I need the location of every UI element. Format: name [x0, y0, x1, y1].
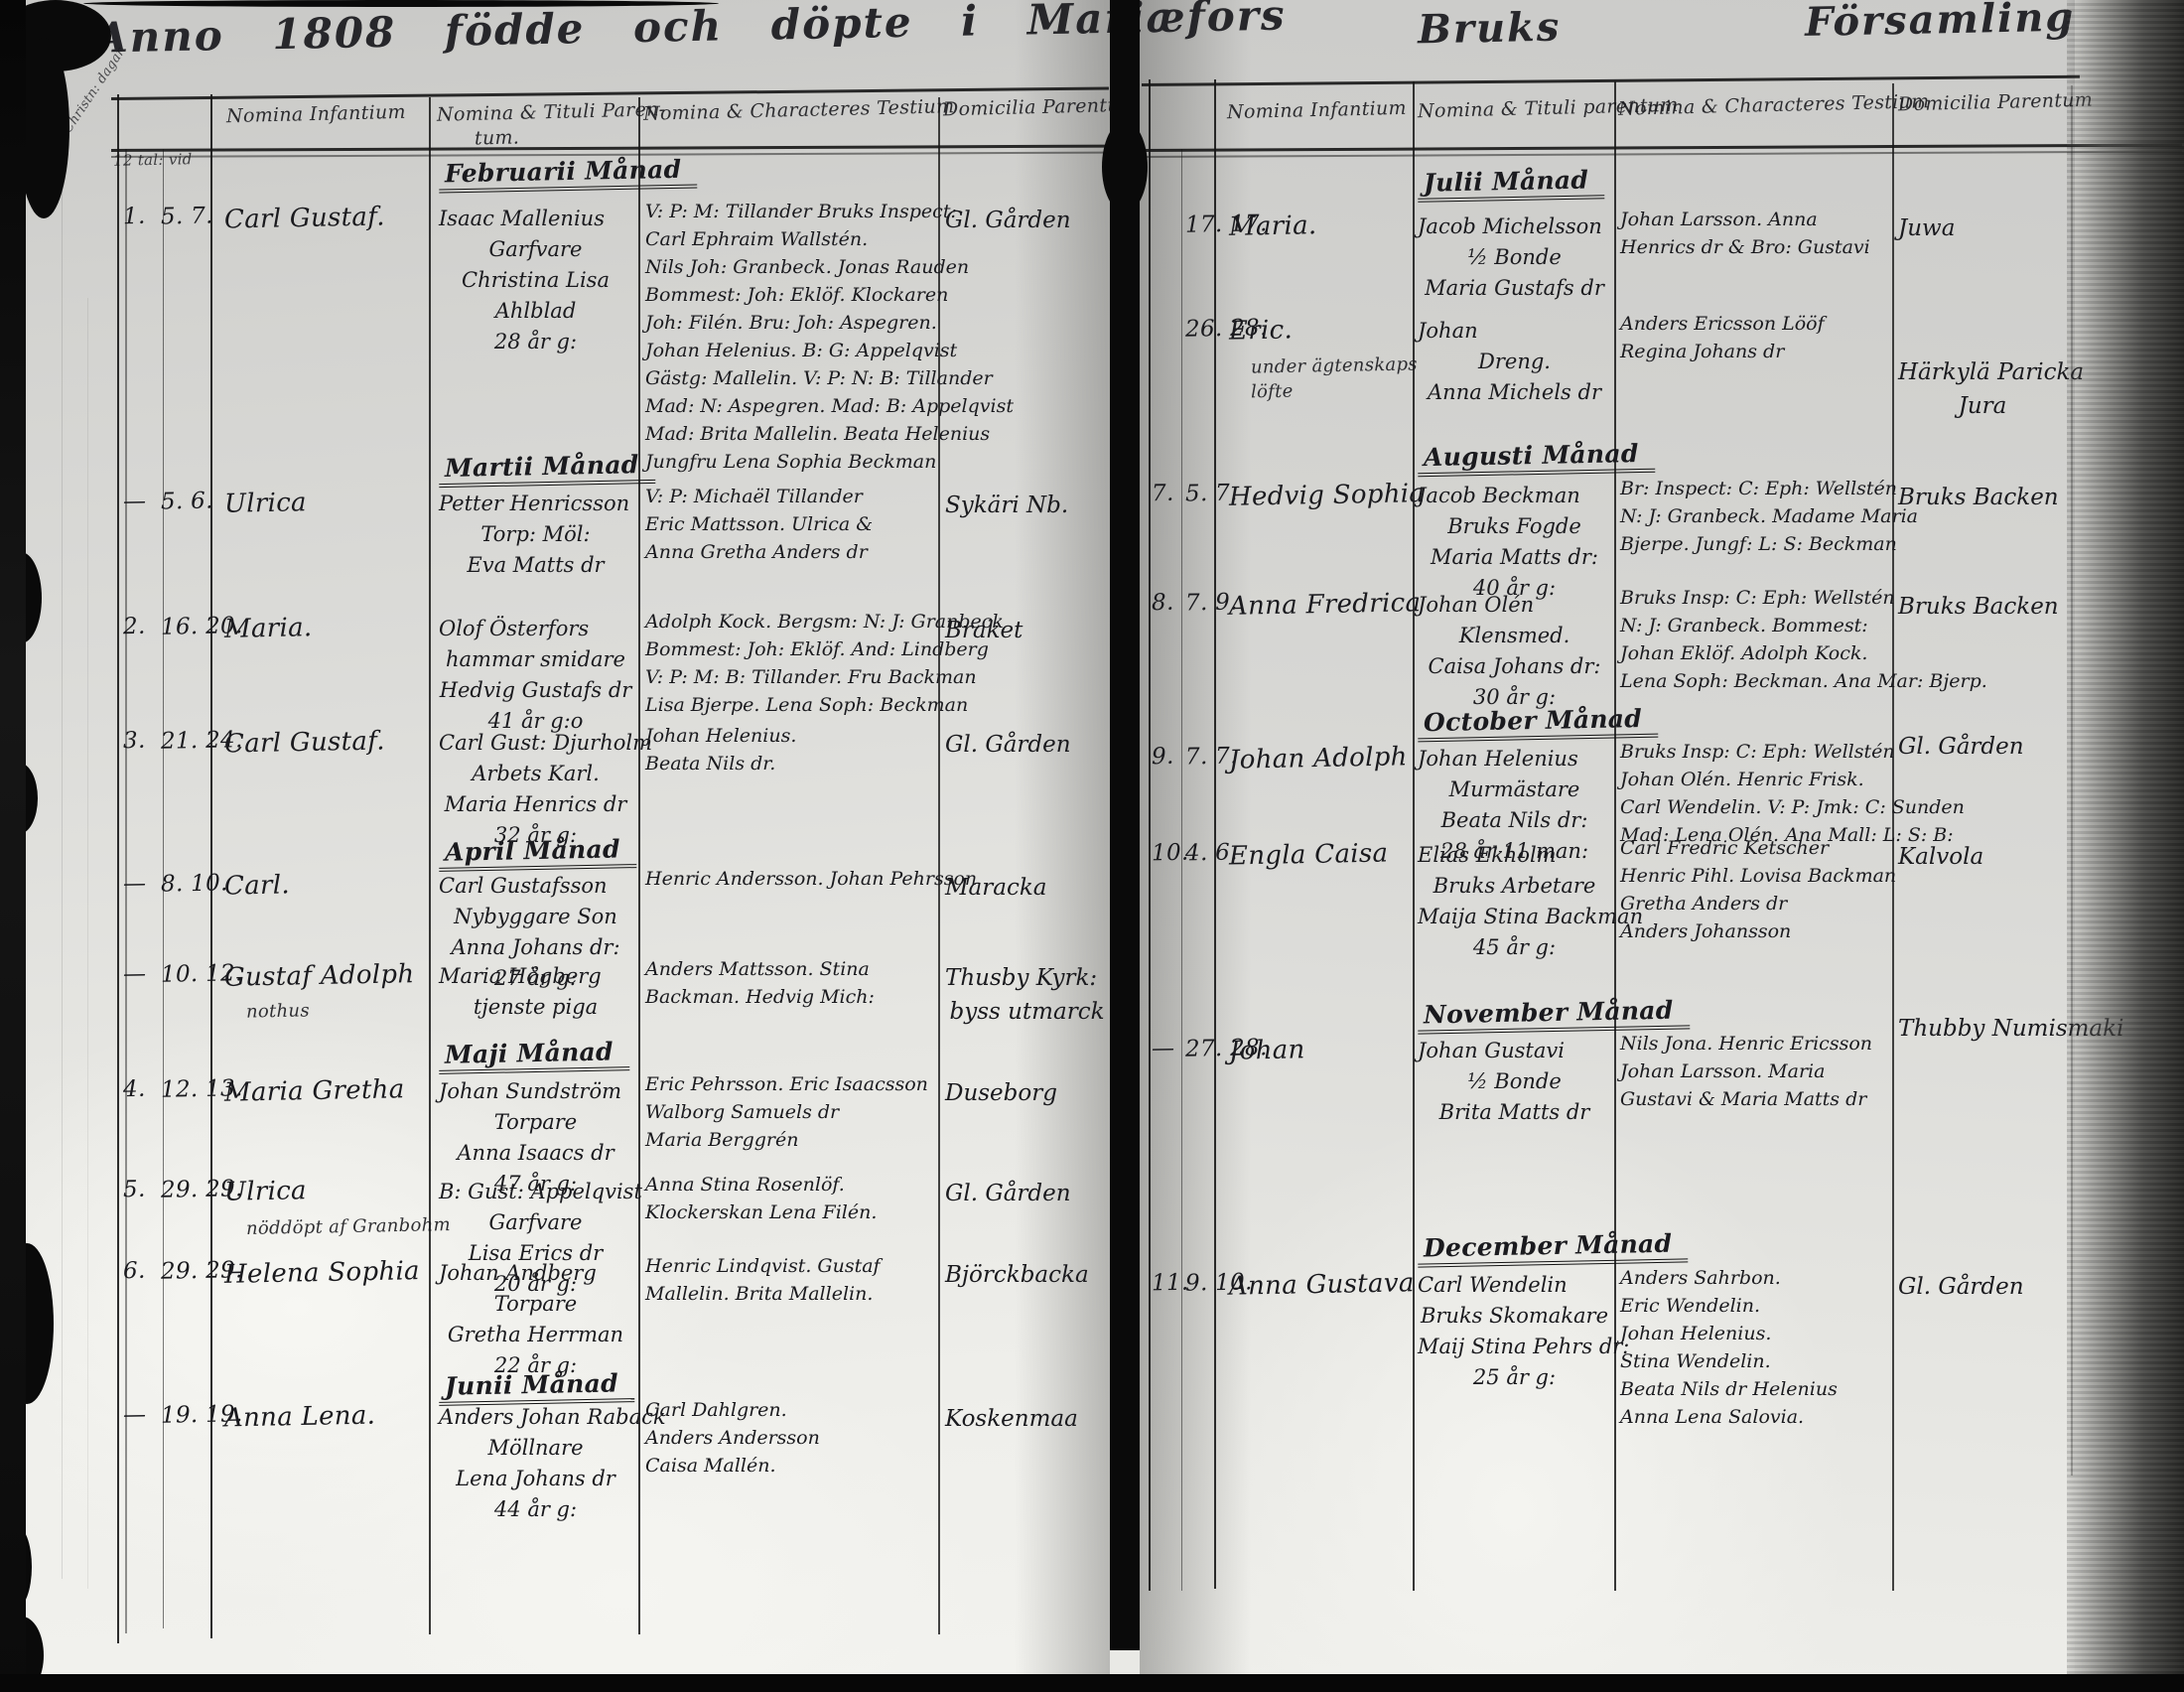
- witnesses-text-line: Backman. Hedvig Mich:: [645, 983, 938, 1011]
- parents-text-line: B: Gust: Appelqvist: [439, 1177, 632, 1207]
- child-name: Helena Sophia: [224, 1256, 420, 1290]
- witnesses-text: Bruks Insp: C: Eph: WellsténJohan Olén. …: [1620, 738, 1898, 849]
- entry-number: —: [123, 1402, 147, 1428]
- domicile-text-line: Juwa: [1898, 211, 2067, 245]
- witnesses-text-line: Anders Sahrbon.: [1620, 1264, 1898, 1292]
- parents-text: Olof Österforshammar smidareHedvig Gusta…: [439, 614, 632, 737]
- table-line: [1614, 81, 1616, 1591]
- parents-text-line: Möllnare: [439, 1433, 632, 1464]
- witnesses-text-line: Johan Eklöf. Adolph Kock.: [1620, 639, 1898, 667]
- table-line: [638, 97, 640, 1634]
- parents-text: Maria Högbergtjenste piga: [439, 961, 632, 1023]
- domicile-text: Gl. Gården: [945, 1177, 1109, 1210]
- column-header-parents-left-2: tum.: [475, 126, 520, 149]
- witnesses-text-line: Bruks Insp: C: Eph: Wellstén: [1620, 584, 1898, 612]
- witnesses-text-line: Br: Inspect: C: Eph: Wellstén: [1620, 475, 1898, 502]
- witnesses-text-line: Anders Johansson: [1620, 917, 1898, 945]
- domicile-text-line: Gl. Gården: [945, 1177, 1109, 1210]
- parents-text-line: Bruks Arbetare: [1418, 871, 1611, 902]
- witnesses-text: Henric Lindqvist. GustafMallelin. Brita …: [645, 1252, 938, 1308]
- table-line: [429, 97, 431, 1634]
- parents-text-line: Hedvig Gustafs dr: [439, 675, 632, 706]
- parents-text-line: hammar smidare: [439, 644, 632, 675]
- domicile-text: Maracka: [945, 871, 1109, 905]
- child-name: Anna Fredrica: [1229, 588, 1422, 622]
- month-header: October Månad: [1418, 704, 1659, 743]
- parents-text-line: Torpare: [439, 1107, 632, 1138]
- parents-text: Petter HenricssonTorp: Möl:Eva Matts dr: [439, 489, 632, 581]
- domicile-text: Bruks Backen: [1898, 590, 2067, 624]
- domicile-text: Koskenmaa: [945, 1402, 1109, 1436]
- parents-text-line: Maria Högberg: [439, 961, 632, 992]
- witnesses-text-line: Maria Berggrén: [645, 1126, 938, 1154]
- witnesses-text-line: Eric Mattsson. Ulrica &: [645, 510, 938, 538]
- witnesses-text-line: Mad: Brita Mallelin. Beata Helenius: [645, 420, 938, 448]
- book-binding-edge: [0, 0, 26, 1692]
- witnesses-text: Eric Pehrsson. Eric IsaacssonWalborg Sam…: [645, 1070, 938, 1154]
- child-name: Johan Adolph: [1229, 742, 1408, 775]
- witnesses-text-line: Anna Stina Rosenlöf.: [645, 1171, 938, 1198]
- parents-text-line: Beata Nils dr:: [1418, 805, 1611, 836]
- month-header: Julii Månad: [1418, 165, 1605, 203]
- parents-text: Johan Gustavi½ BondeBrita Matts dr: [1418, 1036, 1611, 1128]
- parents-text-line: Johan: [1418, 316, 1611, 347]
- domicile-text: Juwa: [1898, 211, 2067, 245]
- domicile-text-line: Gl. Gården: [945, 204, 1109, 237]
- child-name: Ulrica: [224, 1176, 307, 1207]
- table-line: [938, 97, 940, 1634]
- domicile-text: Thusby Kyrk:byss utmarck: [945, 961, 1109, 1029]
- child-name: Eric.: [1229, 315, 1294, 346]
- domicile-text-line: byss utmarck: [945, 995, 1109, 1029]
- witnesses-text-line: Carl Wendelin. V: P: Jmk: C: Sunden: [1620, 793, 1898, 821]
- parents-text-line: 28 år g:: [439, 327, 632, 357]
- witnesses-text-line: Henric Andersson. Johan Pehrsson: [645, 865, 938, 893]
- domicile-text-line: Duseborg: [945, 1076, 1109, 1110]
- parents-text-line: Eva Matts dr: [439, 550, 632, 581]
- parents-text-line: Bruks Fogde: [1418, 511, 1611, 542]
- domicile-text-line: Kalvola: [1898, 840, 2067, 874]
- witnesses-text-line: Johan Olén. Henric Frisk.: [1620, 766, 1898, 793]
- witnesses-text-line: Bommest: Joh: Eklöf. And: Lindberg: [645, 635, 938, 663]
- child-name: Gustaf Adolph: [224, 959, 415, 993]
- witnesses-text-line: Lena Soph: Beckman. Ana Mar: Bjerp.: [1620, 667, 1898, 695]
- witnesses-text-line: Henrics dr & Bro: Gustavi: [1620, 233, 1898, 261]
- witnesses-text-line: Lisa Bjerpe. Lena Soph: Beckman: [645, 691, 938, 719]
- parents-text-line: Bruks Skomakare: [1418, 1301, 1611, 1332]
- parents-text: Jacob Michelsson½ BondeMaria Gustafs dr: [1418, 211, 1611, 304]
- column-header-infants-left: Nomina Infantium: [226, 101, 406, 127]
- parents-text-line: Johan Andberg: [439, 1258, 632, 1289]
- child-name: Anna Gustava: [1229, 1268, 1415, 1302]
- witnesses-text-line: Regina Johans dr: [1620, 338, 1898, 365]
- parents-text-line: Maij Stina Pehrs dr:: [1418, 1332, 1611, 1362]
- parents-text-line: Carl Gust: Djurholm: [439, 728, 632, 759]
- witnesses-text-line: N: J: Granbeck. Bommest:: [1620, 612, 1898, 639]
- parents-text-line: Gretha Herrman: [439, 1320, 632, 1350]
- parents-text-line: Anna Johans dr:: [439, 932, 632, 963]
- child-name-note: nöddöpt af Granbohm: [246, 1214, 451, 1239]
- child-name: Anna Lena.: [224, 1401, 376, 1434]
- witnesses-text-line: Beata Nils dr Helenius: [1620, 1375, 1898, 1403]
- table-line: [87, 298, 88, 1589]
- witnesses-text-line: Stina Wendelin.: [1620, 1347, 1898, 1375]
- witnesses-text-line: Joh: Filén. Bru: Joh: Aspegren.: [645, 309, 938, 337]
- scanned-register-spread: Anno 1808 födde och döpte i Mariæfors Br…: [0, 0, 2184, 1692]
- domicile-text: Gl. Gården: [1898, 1270, 2067, 1304]
- child-name: Hedvig Sophia: [1229, 479, 1426, 512]
- ink-blot: [83, 0, 719, 7]
- parents-text-line: Johan Gustavi: [1418, 1036, 1611, 1066]
- parents-text-line: 45 år g:: [1418, 932, 1611, 963]
- parents-text-line: Torpare: [439, 1289, 632, 1320]
- parents-text-line: Caisa Johans dr:: [1418, 651, 1611, 682]
- witnesses-text: Anna Stina Rosenlöf.Klockerskan Lena Fil…: [645, 1171, 938, 1226]
- scan-bottom-border: [0, 1674, 2184, 1692]
- birth-baptism-dates: 5. 6.: [161, 488, 213, 514]
- witnesses-text-line: V: P: Michaël Tillander: [645, 483, 938, 510]
- parents-text: Johan AndbergTorpareGretha Herrman22 år …: [439, 1258, 632, 1381]
- child-name: Maria Gretha: [224, 1074, 405, 1107]
- domicile-text-line: Koskenmaa: [945, 1402, 1109, 1436]
- witnesses-text-line: Carl Fredric Ketscher: [1620, 834, 1898, 862]
- witnesses-text: Bruks Insp: C: Eph: WellsténN: J: Granbe…: [1620, 584, 1898, 695]
- parents-text: Elias EkholmBruks ArbetareMaija Stina Ba…: [1418, 840, 1611, 963]
- page-gutter: [1110, 0, 1140, 1650]
- month-header: Augusti Månad: [1418, 439, 1655, 478]
- entry-number: 8.: [1152, 590, 1174, 616]
- witnesses-text: Johan Larsson. AnnaHenrics dr & Bro: Gus…: [1620, 206, 1898, 261]
- parents-text-line: Dreng.: [1418, 347, 1611, 377]
- witnesses-text-line: Anna Lena Salovia.: [1620, 1403, 1898, 1431]
- witnesses-text: Carl Dahlgren.Anders AnderssonCaisa Mall…: [645, 1396, 938, 1480]
- domicile-text-line: Jura: [1898, 389, 2067, 423]
- domicile-text-line: Björckbacka: [945, 1258, 1109, 1292]
- witnesses-text-line: Walborg Samuels dr: [645, 1098, 938, 1126]
- domicile-text-line: Härkylä Paricka: [1898, 355, 2067, 389]
- witnesses-text-line: Johan Larsson. Anna: [1620, 206, 1898, 233]
- birth-baptism-dates: 8. 10.: [161, 870, 228, 897]
- witnesses-text-line: Adolph Kock. Bergsm: N: J: Granbeck: [645, 608, 938, 635]
- witnesses-text-line: Henric Pihl. Lovisa Backman: [1620, 862, 1898, 890]
- parents-text: Carl WendelinBruks SkomakareMaij Stina P…: [1418, 1270, 1611, 1393]
- gutter-shadow-right: [1140, 0, 1251, 1676]
- parents-text: JohanDreng.Anna Michels dr: [1418, 316, 1611, 408]
- domicile-text: Duseborg: [945, 1076, 1109, 1110]
- witnesses-text-line: Bjerpe. Jungf: L: S: Beckman: [1620, 530, 1898, 558]
- parents-text-line: Ahlblad: [439, 296, 632, 327]
- table-line: [1181, 149, 1182, 1591]
- entry-number: 2.: [123, 614, 146, 639]
- month-header: Martii Månad: [439, 450, 655, 488]
- parents-text-line: Arbets Karl.: [439, 759, 632, 789]
- witnesses-text-line: Anders Mattsson. Stina: [645, 955, 938, 983]
- witnesses-text-line: Jungfru Lena Sophia Beckman: [645, 448, 938, 476]
- parents-text-line: Brita Matts dr: [1418, 1097, 1611, 1128]
- witnesses-text: Henric Andersson. Johan Pehrsson: [645, 865, 938, 893]
- witnesses-text-line: Johan Helenius. B: G: Appelqvist: [645, 337, 938, 364]
- parents-text-line: Anna Isaacs dr: [439, 1138, 632, 1169]
- parents-text-line: Petter Henricsson: [439, 489, 632, 519]
- witnesses-text-line: Johan Helenius.: [1620, 1320, 1898, 1347]
- domicile-text: Gl. Gården: [945, 728, 1109, 762]
- parents-text-line: Carl Wendelin: [1418, 1270, 1611, 1301]
- witnesses-text-line: Beata Nils dr.: [645, 750, 938, 777]
- entry-number: 1.: [123, 204, 146, 229]
- entry-number: 6.: [123, 1258, 146, 1284]
- table-line: [62, 109, 63, 1579]
- entry-number: 10.: [1152, 840, 1189, 867]
- child-name: Johan: [1229, 1035, 1305, 1065]
- domicile-text-line: Bruks Backen: [1898, 481, 2067, 514]
- entry-number: 7.: [1152, 481, 1174, 506]
- parents-text-line: Johan Olén: [1418, 590, 1611, 621]
- parents-text-line: 25 år g:: [1418, 1362, 1611, 1393]
- parents-text: Jacob BeckmanBruks FogdeMaria Matts dr:4…: [1418, 481, 1611, 604]
- entry-number: —: [123, 871, 147, 897]
- parents-text-line: Garfvare: [439, 234, 632, 265]
- witnesses-text-line: Gustavi & Maria Matts dr: [1620, 1085, 1898, 1113]
- month-header: November Månad: [1418, 995, 1690, 1034]
- entry-number: —: [1152, 1036, 1175, 1061]
- parents-text-line: Olof Österfors: [439, 614, 632, 644]
- witnesses-text-line: Johan Helenius.: [645, 722, 938, 750]
- child-name-note: under ägtenskaps: [1251, 353, 1418, 377]
- month-header: Junii Månad: [439, 1368, 635, 1406]
- month-header: April Månad: [439, 834, 636, 872]
- birth-baptism-dates: 5. 7.: [161, 203, 213, 229]
- page-edge-texture: [2067, 0, 2184, 1692]
- witnesses-text-line: Anna Gretha Anders dr: [645, 538, 938, 566]
- month-header: Maji Månad: [439, 1037, 629, 1074]
- witnesses-text-line: Johan Larsson. Maria: [1620, 1057, 1898, 1085]
- parents-text-line: Christina Lisa: [439, 265, 632, 296]
- parents-text-line: Maria Gustafs dr: [1418, 273, 1611, 304]
- witnesses-text-line: N: J: Granbeck. Madame Maria: [1620, 502, 1898, 530]
- witnesses-text: V: P: M: Tillander Bruks Inspect:Carl Ep…: [645, 198, 938, 476]
- domicile-text: Sykäri Nb.: [945, 489, 1109, 522]
- domicile-text-line: Maracka: [945, 871, 1109, 905]
- parents-text-line: Jacob Beckman: [1418, 481, 1611, 511]
- parents-text-line: Maija Stina Backman: [1418, 902, 1611, 932]
- domicile-text: Härkylä ParickaJura: [1898, 355, 2067, 423]
- parents-text-line: Torp: Möl:: [439, 519, 632, 550]
- entry-number: 9.: [1152, 744, 1174, 770]
- parents-text-line: ½ Bonde: [1418, 1066, 1611, 1097]
- column-header-infants-right: Nomina Infantium: [1227, 97, 1407, 123]
- domicile-text-line: Bruks Backen: [1898, 590, 2067, 624]
- witnesses-text: Anders Sahrbon.Eric Wendelin.Johan Helen…: [1620, 1264, 1898, 1431]
- child-name-note: löfte: [1251, 381, 1294, 403]
- domicile-text: Björckbacka: [945, 1258, 1109, 1292]
- witnesses-text-line: Caisa Mallén.: [645, 1452, 938, 1480]
- domicile-text: Gl. Gården: [1898, 730, 2067, 764]
- witnesses-text-line: Henric Lindqvist. Gustaf: [645, 1252, 938, 1280]
- child-name: Maria.: [224, 613, 313, 644]
- parents-text-line: Carl Gustafsson: [439, 871, 632, 902]
- domicile-text-line: Gl. Gården: [1898, 730, 2067, 764]
- witnesses-text-line: Eric Pehrsson. Eric Isaacsson: [645, 1070, 938, 1098]
- witnesses-text-line: Bommest: Joh: Eklöf. Klockaren: [645, 281, 938, 309]
- entry-number: 4.: [123, 1076, 146, 1102]
- child-name-note: nothus: [246, 1000, 310, 1022]
- witnesses-text-line: Nils Jona. Henric Ericsson: [1620, 1030, 1898, 1057]
- child-name: Ulrica: [224, 488, 307, 519]
- witnesses-text-line: Mallelin. Brita Mallelin.: [645, 1280, 938, 1308]
- parents-text-line: Nybyggare Son: [439, 902, 632, 932]
- parents-text-line: Garfvare: [439, 1207, 632, 1238]
- witnesses-text-line: V: P: M: B: Tillander. Fru Backman: [645, 663, 938, 691]
- witnesses-text-line: Mad: N: Aspegren. Mad: B: Appelqvist: [645, 392, 938, 420]
- witnesses-text: Anders Ericsson LööfRegina Johans dr: [1620, 310, 1898, 365]
- domicile-text-line: Sykäri Nb.: [945, 489, 1109, 522]
- domicile-text: Bruks Backen: [1898, 481, 2067, 514]
- child-name: Engla Caisa: [1229, 838, 1389, 871]
- parents-text: Carl Gust: DjurholmArbets Karl.Maria Hen…: [439, 728, 632, 851]
- witnesses-text-line: Anders Ericsson Lööf: [1620, 310, 1898, 338]
- entry-number: 3.: [123, 728, 146, 754]
- witnesses-text: V: P: Michaël TillanderEric Mattsson. Ul…: [645, 483, 938, 566]
- witnesses-text: Carl Fredric KetscherHenric Pihl. Lovisa…: [1620, 834, 1898, 945]
- child-name: Carl Gustaf.: [224, 202, 385, 234]
- parents-text: Anders Johan RabackMöllnareLena Johans d…: [439, 1402, 632, 1525]
- parents-text-line: tjenste piga: [439, 992, 632, 1023]
- witnesses-text-line: Carl Ephraim Wallstén.: [645, 225, 938, 253]
- entry-number: 5.: [123, 1177, 146, 1202]
- domicile-text-line: Gl. Gården: [1898, 1270, 2067, 1304]
- parents-text-line: Klensmed.: [1418, 621, 1611, 651]
- table-line: [117, 94, 119, 1643]
- table-line: [1413, 81, 1415, 1591]
- parents-text-line: Maria Matts dr:: [1418, 542, 1611, 573]
- parents-text-line: Elias Ekholm: [1418, 840, 1611, 871]
- parents-text-line: Anna Michels dr: [1418, 377, 1611, 408]
- month-header: Februarii Månad: [439, 155, 698, 194]
- domicile-text: Kalvola: [1898, 840, 2067, 874]
- domicile-text: Thubby Numismaki: [1898, 1012, 2067, 1046]
- parents-text: Isaac MalleniusGarfvareChristina LisaAhl…: [439, 204, 632, 357]
- domicile-text: Gl. Gården: [945, 204, 1109, 237]
- parents-text-line: Maria Henrics dr: [439, 789, 632, 820]
- parents-text-line: Lena Johans dr: [439, 1464, 632, 1494]
- parents-text-line: Johan Sundström: [439, 1076, 632, 1107]
- domicile-text: Braket: [945, 614, 1109, 647]
- witnesses-text: Johan Helenius.Beata Nils dr.: [645, 722, 938, 777]
- domicile-text-line: Thusby Kyrk:: [945, 961, 1109, 995]
- parents-text-line: ½ Bonde: [1418, 242, 1611, 273]
- parents-text-line: Jacob Michelsson: [1418, 211, 1611, 242]
- domicile-text-line: Gl. Gården: [945, 728, 1109, 762]
- witnesses-text-line: Nils Joh: Granbeck. Jonas Rauden: [645, 253, 938, 281]
- witnesses-text: Nils Jona. Henric EricssonJohan Larsson.…: [1620, 1030, 1898, 1113]
- entry-number: —: [123, 489, 147, 514]
- domicile-text-line: Braket: [945, 614, 1109, 647]
- domicile-text-line: Thubby Numismaki: [1898, 1012, 2067, 1046]
- table-line: [1149, 79, 1151, 1591]
- entry-number: —: [123, 961, 147, 987]
- witnesses-text-line: Gretha Anders dr: [1620, 890, 1898, 917]
- child-name: Carl.: [224, 870, 290, 901]
- witnesses-text-line: Gästg: Mallelin. V: P: N: B: Tillander: [645, 364, 938, 392]
- witnesses-text-line: V: P: M: Tillander Bruks Inspect:: [645, 198, 938, 225]
- parents-text-line: Anders Johan Raback: [439, 1402, 632, 1433]
- child-name: Carl Gustaf.: [224, 726, 385, 759]
- table-line: [1214, 79, 1216, 1589]
- witnesses-text-line: Bruks Insp: C: Eph: Wellstén: [1620, 738, 1898, 766]
- witnesses-text-line: Eric Wendelin.: [1620, 1292, 1898, 1320]
- witnesses-text-line: Carl Dahlgren.: [645, 1396, 938, 1424]
- witnesses-text-line: Klockerskan Lena Filén.: [645, 1198, 938, 1226]
- parents-text-line: Murmästare: [1418, 775, 1611, 805]
- month-header: December Månad: [1418, 1228, 1689, 1267]
- parents-text-line: Johan Helenius: [1418, 744, 1611, 775]
- parents-text-line: 44 år g:: [439, 1494, 632, 1525]
- child-name: Maria.: [1229, 211, 1317, 242]
- witnesses-text-line: Anders Andersson: [645, 1424, 938, 1452]
- witnesses-text: Br: Inspect: C: Eph: WellsténN: J: Granb…: [1620, 475, 1898, 558]
- parents-text-line: Isaac Mallenius: [439, 204, 632, 234]
- parents-text: Johan OlénKlensmed.Caisa Johans dr:30 år…: [1418, 590, 1611, 713]
- entry-number: 11.: [1152, 1270, 1189, 1297]
- witnesses-text: Anders Mattsson. StinaBackman. Hedvig Mi…: [645, 955, 938, 1011]
- witnesses-text: Adolph Kock. Bergsm: N: J: GranbeckBomme…: [645, 608, 938, 719]
